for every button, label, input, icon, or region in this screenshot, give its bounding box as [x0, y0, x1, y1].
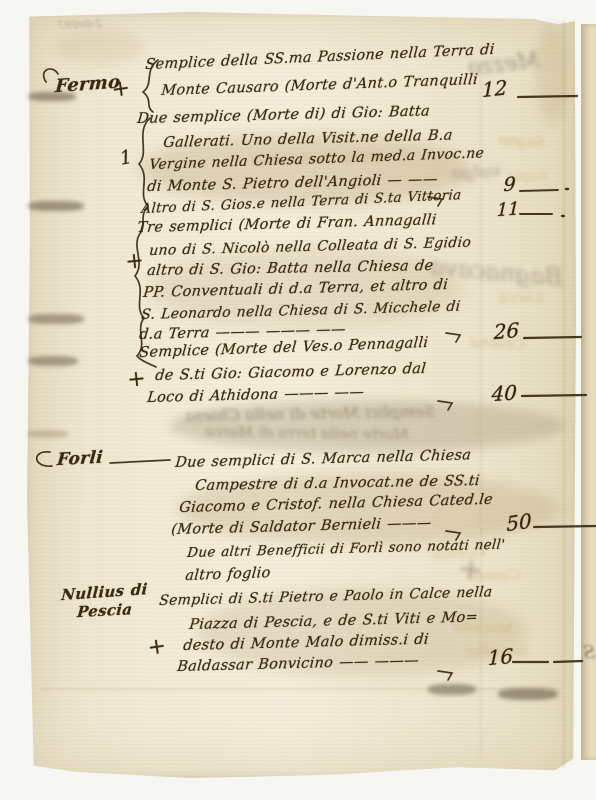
adjacent-page-edge: [581, 24, 596, 760]
margin-mark-plus: +: [126, 366, 147, 393]
manuscript-line: altro foglio: [185, 565, 272, 584]
amount-value: 9: [503, 173, 516, 196]
margin-mark-plus: +: [110, 75, 132, 102]
amount-value: 40: [491, 380, 517, 406]
amount-value: 11: [496, 198, 520, 221]
margin-mark-plus: +: [146, 633, 168, 660]
scanned-manuscript: 2-0r097 Mezzo Sagno volgo Bagnacava Lucc…: [0, 0, 596, 800]
margin-mark-plus: +: [124, 248, 145, 275]
margin-place-forli: Forli: [56, 448, 104, 471]
fold-crease: [480, 60, 482, 760]
fold-crease: [563, 20, 565, 768]
amount-value: 26: [494, 318, 520, 344]
fold-crease: [40, 688, 560, 690]
amount-value: 12: [482, 75, 507, 102]
margin-place-nullius-line2: Pescia: [76, 600, 133, 621]
amount-value: 50: [506, 508, 532, 536]
amount-value: 16: [488, 644, 514, 670]
